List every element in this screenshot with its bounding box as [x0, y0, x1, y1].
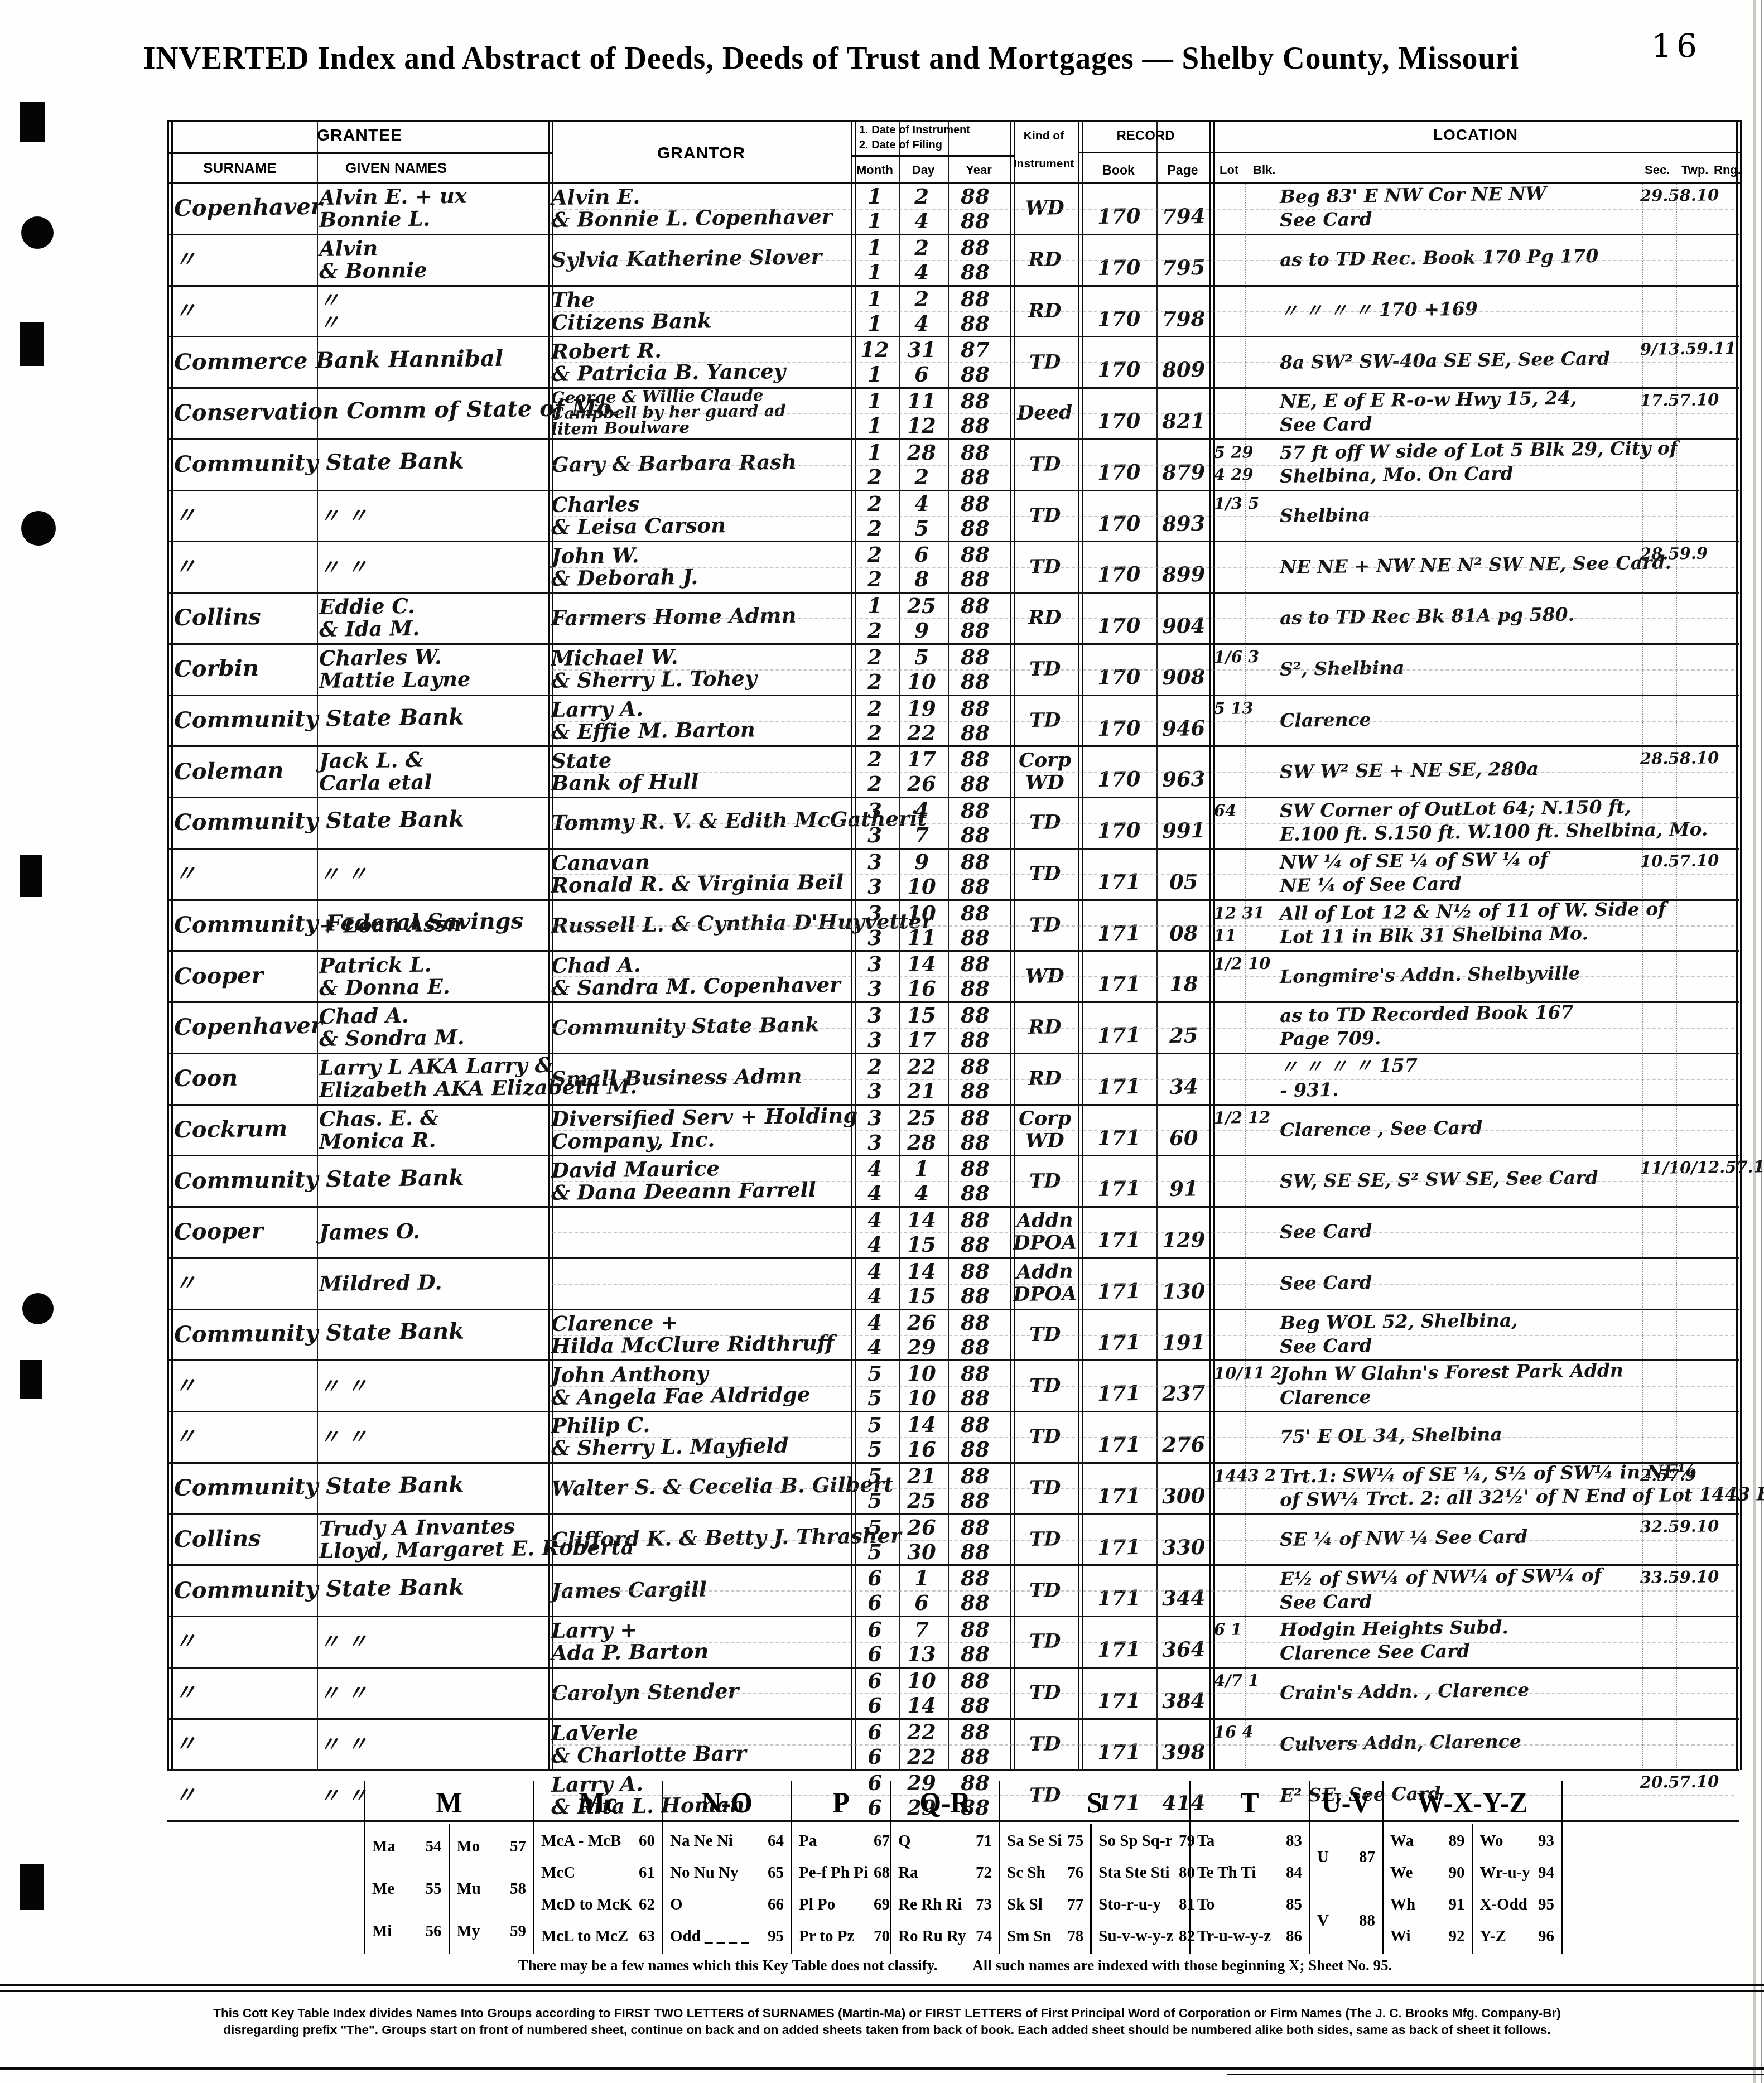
record-page: 893: [1158, 508, 1209, 539]
filing-day: 14: [897, 1694, 946, 1718]
record-page: 276: [1158, 1429, 1209, 1460]
ledger-row: Corbin Charles W.Mattie Layne Michael W.…: [167, 645, 1739, 696]
handwritten-text: 18: [1169, 972, 1198, 997]
handwritten-text: Culvers Addn, Clarence: [1280, 1728, 1637, 1756]
record-book: 171: [1083, 1685, 1155, 1716]
key-table-entry: McC61: [534, 1864, 662, 1882]
date-of-filing: 1 4 88: [852, 312, 1008, 336]
key-entry-range: Pr to Pz: [799, 1927, 854, 1946]
filing-year: 88: [946, 363, 1004, 387]
filing-year: 88: [946, 823, 1004, 848]
footer-line-1: This Cott Key Table Index divides Names …: [212, 2005, 1562, 2022]
row-midline: [552, 1028, 1734, 1029]
grantee-surname: Community State Bank: [174, 1566, 316, 1616]
key-entry-sheet-number: 90: [1449, 1864, 1465, 1882]
key-table-entry: Ma54: [365, 1838, 449, 1856]
instrument-month: 12: [852, 338, 897, 363]
instrument-year: 88: [946, 1669, 1004, 1694]
filing-month: 3: [852, 926, 897, 951]
handwritten-text: 170: [1097, 511, 1141, 536]
handwritten-text: 〃 〃: [319, 1628, 545, 1653]
instrument-month: 2: [852, 748, 897, 772]
col-header-date1: 1. Date of Instrument: [859, 124, 1010, 137]
ledger-row: Community State Bank Gary & Barbara Rash…: [167, 440, 1739, 491]
handwritten-text: Tommy R. V. & Edith McGatherit: [551, 808, 848, 834]
handwritten-text: & Donna E.: [319, 974, 545, 999]
col-header-given-names: GIVEN NAMES: [321, 160, 471, 177]
key-entry-range: Mo: [457, 1838, 480, 1856]
handwritten-text: 171: [1097, 1585, 1141, 1611]
grantee-surname: 〃: [174, 491, 316, 541]
ledger-row: Copenhaver Alvin E. + uxBonnie L. Alvin …: [167, 184, 1739, 235]
date-of-instrument: 6 1 88: [852, 1566, 1008, 1591]
key-table-columns: Na Ne Ni64No Nu Ny65O66Odd _ _ _ _95: [663, 1824, 791, 1954]
grantee-given-names: [319, 798, 545, 848]
grantee-surname: Collins: [174, 1515, 316, 1565]
row-midline: [552, 925, 1734, 927]
handwritten-text: as to TD Rec. Book 170 Pg 170: [1280, 244, 1637, 272]
date-of-instrument: 1 28 88: [852, 441, 1008, 465]
instrument-day: 25: [897, 594, 946, 619]
grantee-surname: 〃: [174, 542, 316, 592]
filing-day: 6: [897, 1591, 946, 1616]
instrument-year: 88: [946, 236, 1004, 261]
record-page: 330: [1158, 1532, 1209, 1563]
record-page: 879: [1158, 457, 1209, 488]
handwritten-text: Farmers Home Admn: [551, 604, 848, 629]
record-book: 170: [1083, 559, 1155, 590]
key-entry-range: Sa Se Si: [1007, 1832, 1062, 1850]
filing-day: 7: [897, 823, 946, 848]
row-midline: [552, 1744, 1734, 1746]
key-entry-range: Re Rh Ri: [898, 1896, 962, 1914]
grantee-given-names: Trudy A InvantesLloyd, Margaret E. Rober…: [319, 1515, 545, 1565]
filing-month: 3: [852, 875, 897, 899]
filing-month: 6: [852, 1642, 897, 1667]
instrument-month: 6: [852, 1618, 897, 1642]
key-table-entry: Re Rh Ri73: [891, 1896, 999, 1914]
key-table-entry: Na Ne Ni64: [663, 1832, 791, 1850]
filing-year: 88: [946, 261, 1004, 285]
instrument-year: 88: [946, 1260, 1004, 1284]
key-table-column: Q71Ra72Re Rh Ri73Ro Ru Ry74: [891, 1824, 999, 1954]
grantee-surname: 〃: [174, 1720, 316, 1769]
filing-year: 88: [946, 1182, 1004, 1206]
instrument-day: 19: [897, 697, 946, 721]
date-of-filing: 5 16 88: [852, 1438, 1008, 1462]
key-table-entry: Pa67: [792, 1832, 897, 1850]
grantee-given-names: 〃 〃: [319, 1361, 545, 1411]
row-midline: [552, 1181, 1734, 1182]
instrument-month: 6: [852, 1669, 897, 1694]
rule: [851, 155, 1014, 157]
handwritten-text: Clarence: [1280, 705, 1637, 732]
filing-day: 5: [897, 517, 946, 541]
key-entry-sheet-number: 88: [1359, 1912, 1375, 1930]
col-header-grantor: GRANTOR: [552, 144, 851, 163]
sec-twp-rng: [1640, 1005, 1735, 1030]
record-page: 237: [1158, 1378, 1209, 1409]
col-header-page: Page: [1155, 163, 1211, 178]
handwritten-text: 〃: [174, 1270, 316, 1295]
key-table-column: Wo93Wr-u-y94X-Odd95Y-Z96: [1472, 1824, 1561, 1954]
sec-twp-rng: [1640, 238, 1735, 262]
record-book: 171: [1083, 918, 1155, 949]
key-entry-sheet-number: 93: [1538, 1832, 1554, 1850]
handwritten-text: Cooper: [174, 1219, 316, 1244]
instrument-month: 4: [852, 1157, 897, 1182]
instrument-month: 2: [852, 1055, 897, 1079]
rule: [1740, 120, 1742, 1770]
filing-year: 88: [946, 619, 1004, 643]
key-entry-range: Ra: [898, 1864, 918, 1882]
filing-day: 25: [897, 1489, 946, 1513]
handwritten-text: SW W² SE + NE SE, 280a: [1280, 756, 1637, 784]
key-entry-range: Te Th Ti: [1197, 1864, 1256, 1882]
instrument-year: 88: [946, 1362, 1004, 1386]
record-page: 344: [1158, 1583, 1209, 1614]
sec-twp-rng: [1640, 1671, 1735, 1695]
filing-month: 5: [852, 1489, 897, 1513]
binder-mark: [20, 102, 45, 142]
grantee-given-names: [319, 389, 545, 438]
grantee-surname: Cooper: [174, 952, 316, 1001]
filing-month: 2: [852, 517, 897, 541]
filing-month: 4: [852, 1335, 897, 1360]
key-table-column: Ta83Te Th Ti84To85Tr-u-w-y-z86: [1191, 1824, 1309, 1954]
key-table-entry: Mu58: [450, 1880, 533, 1898]
key-table-entry: O66: [663, 1896, 791, 1914]
handwritten-text: 237: [1162, 1381, 1206, 1406]
instrument-year: 88: [946, 697, 1004, 721]
handwritten-text: 191: [1162, 1330, 1206, 1355]
grantee-surname: Collins: [174, 594, 316, 643]
instrument-month: 4: [852, 1311, 897, 1335]
handwritten-text: Addn: [1016, 1261, 1073, 1284]
key-table-group-label: W-X-Y-Z: [1384, 1780, 1561, 1825]
handwritten-text: Bonnie L.: [319, 206, 545, 231]
key-entry-range: So Sp Sq-r: [1098, 1832, 1172, 1850]
instrument-year: 88: [946, 952, 1004, 977]
instrument-year: 88: [946, 543, 1004, 567]
key-entry-sheet-number: 60: [639, 1832, 655, 1850]
record-book: 171: [1083, 1327, 1155, 1358]
key-table-entry: We90: [1384, 1864, 1472, 1882]
handwritten-text: 10/11 2: [1214, 1362, 1276, 1385]
filing-year: 88: [946, 1745, 1004, 1769]
ledger-row: Conservation Comm of State of Mo. George…: [167, 389, 1739, 440]
instrument-year: 88: [946, 1311, 1004, 1335]
grantee-given-names: 〃 〃: [319, 542, 545, 592]
record-page: 191: [1158, 1327, 1209, 1358]
handwritten-text: 879: [1162, 460, 1206, 485]
filing-year: 88: [946, 1386, 1004, 1411]
key-table-entry: Ra72: [891, 1864, 999, 1882]
grantee-surname: 〃: [174, 1669, 316, 1718]
key-entry-sheet-number: 77: [1067, 1896, 1083, 1914]
sec-twp-rng: [1640, 1363, 1735, 1388]
handwritten-text: 29.58.10: [1640, 185, 1735, 205]
handwritten-text: 170: [1097, 766, 1141, 792]
handwritten-text: 91: [1169, 1176, 1198, 1202]
key-table-column: McA - McB60McC61McD to McK62McL to McZ63: [534, 1824, 662, 1954]
handwritten-text: Clarence , See Card: [1280, 1114, 1637, 1142]
key-entry-sheet-number: 85: [1286, 1896, 1302, 1914]
row-midline: [552, 823, 1734, 824]
key-table-column: Sa Se Si75Sc Sh76Sk Sl77Sm Sn78: [1000, 1824, 1090, 1954]
date-of-filing: 6 22 88: [852, 1745, 1008, 1769]
grantee-given-names: [319, 1566, 545, 1616]
handwritten-text: John W.: [551, 541, 848, 567]
date-of-filing: 5 10 88: [852, 1386, 1008, 1411]
filing-year: 88: [946, 926, 1004, 951]
date-of-filing: 1 4 88: [852, 209, 1008, 234]
instrument-day: 14: [897, 1260, 946, 1284]
instrument-year: 88: [946, 1566, 1004, 1591]
key-table-entry: Mi56: [365, 1922, 449, 1941]
col-header-sec: Sec.: [1645, 163, 1670, 177]
key-table-entry: Sm Sn78: [1000, 1927, 1090, 1946]
filing-year: 88: [946, 1028, 1004, 1053]
handwritten-text: 75' E OL 34, Shelbina: [1280, 1421, 1637, 1449]
rule: [1227, 2074, 1764, 2075]
handwritten-text: Community State Bank: [551, 1013, 848, 1039]
row-midline: [552, 874, 1734, 875]
handwritten-text: 〃: [174, 554, 316, 579]
handwritten-text: Jack L. &: [319, 747, 545, 772]
handwritten-text: The: [551, 285, 848, 311]
key-entry-sheet-number: 65: [768, 1864, 784, 1882]
rule: [0, 2067, 1764, 2070]
handwritten-text: 4 29: [1214, 462, 1276, 485]
filing-month: 1: [852, 363, 897, 387]
key-entry-range: Ro Ru Ry: [898, 1927, 966, 1946]
ledger-row: 〃 Alvin& Bonnie Sylvia Katherine Slover …: [167, 235, 1739, 287]
key-table-entry: My59: [450, 1922, 533, 1941]
handwritten-text: Corp: [1019, 1107, 1072, 1130]
binder-mark: [21, 511, 56, 546]
handwritten-text: 170: [1097, 818, 1141, 843]
filing-day: 21: [897, 1079, 946, 1104]
instrument-day: 15: [897, 1004, 946, 1028]
handwritten-text: Lloyd, Margaret E. Roberta: [319, 1537, 545, 1562]
date-of-instrument: 2 5 88: [852, 645, 1008, 670]
grantee-given-names: [319, 1310, 545, 1360]
rule: [0, 1984, 1764, 1986]
date-of-instrument: 1 2 88: [852, 185, 1008, 209]
key-entry-range: Sta Ste Sti: [1098, 1864, 1169, 1882]
row-midline: [552, 1130, 1734, 1131]
key-entry-sheet-number: 95: [768, 1927, 784, 1946]
key-table-entry: Su-v-w-y-z82: [1092, 1927, 1202, 1946]
handwritten-text: 904: [1162, 613, 1206, 638]
handwritten-text: 171: [1097, 1432, 1141, 1457]
row-midline: [552, 516, 1734, 517]
instrument-month: 5: [852, 1413, 897, 1438]
filing-year: 88: [946, 1540, 1004, 1565]
handwritten-text: Mattie Layne: [319, 667, 545, 692]
sec-twp-rng: 29.58.10: [1640, 186, 1735, 211]
ledger-row: 〃 Mildred D. 4 14 88 4 15 88 AddnDPOA 17…: [167, 1259, 1739, 1310]
filing-year: 88: [946, 1694, 1004, 1718]
key-entry-range: McA - McB: [541, 1832, 621, 1850]
handwritten-text: Russell L. & Cynthia D'Huyvetter: [551, 910, 848, 936]
key-entry-range: Sm Sn: [1007, 1927, 1052, 1946]
key-table-entry: X-Odd95: [1473, 1896, 1561, 1914]
col-header-kind2: Instrument: [1010, 157, 1078, 171]
col-header-location: LOCATION: [1209, 126, 1742, 144]
date-of-filing: 1 4 88: [852, 261, 1008, 285]
instrument-month: 6: [852, 1566, 897, 1591]
row-midline: [552, 413, 1734, 414]
sec-twp-rng: [1640, 442, 1735, 467]
key-entry-sheet-number: 91: [1449, 1896, 1465, 1914]
key-table-entry: Sto-r-u-y81: [1092, 1896, 1202, 1914]
handwritten-text: Larry +: [551, 1616, 848, 1642]
sec-twp-rng: 28.59.9: [1640, 544, 1735, 569]
handwritten-text: Alvin E. + ux: [319, 184, 545, 209]
key-entry-range: Sto-r-u-y: [1098, 1896, 1161, 1914]
key-entry-sheet-number: 96: [1538, 1927, 1554, 1946]
handwritten-text: Carolyn Stender: [551, 1679, 848, 1704]
handwritten-text: Community State Bank: [174, 1322, 316, 1347]
date-of-instrument: 2 6 88: [852, 543, 1008, 567]
record-page: 60: [1158, 1122, 1209, 1154]
handwritten-text: 344: [1162, 1585, 1206, 1611]
key-table-entry: Wa89: [1384, 1832, 1472, 1850]
handwritten-text: Corp: [1019, 749, 1072, 772]
key-table-columns: Wa89We90Wh91Wi92Wo93Wr-u-y94X-Odd95Y-Z96: [1384, 1824, 1561, 1954]
row-midline: [552, 1590, 1734, 1592]
key-entry-range: Pe-f Ph Pi: [799, 1864, 868, 1882]
record-page: 130: [1158, 1276, 1209, 1307]
ledger-row: 〃 〃 〃 John W.& Deborah J. 2 6 88 2 8 88 …: [167, 542, 1739, 594]
key-entry-sheet-number: 72: [976, 1864, 992, 1882]
key-table-entry: McD to McK62: [534, 1896, 662, 1914]
filing-day: 17: [897, 1028, 946, 1053]
handwritten-text: See Card: [1280, 1217, 1637, 1245]
instrument-year: 88: [946, 645, 1004, 670]
date-of-instrument: 1 2 88: [852, 287, 1008, 312]
handwritten-text: 171: [1097, 1227, 1141, 1252]
handwritten-text: SE ¼ of NW ¼ See Card: [1280, 1523, 1637, 1551]
handwritten-text: James Cargill: [551, 1576, 848, 1602]
handwritten-text: 64: [1214, 799, 1276, 822]
binder-mark: [20, 1864, 44, 1910]
instrument-year: 88: [946, 1516, 1004, 1540]
handwritten-text: 170: [1097, 716, 1141, 741]
filing-month: 1: [852, 209, 897, 234]
key-entry-range: Mi: [372, 1922, 392, 1941]
filing-month: 6: [852, 1694, 897, 1718]
instrument-month: 5: [852, 1362, 897, 1386]
ledger-row: Community State Bank James Cargill 6 1 8…: [167, 1566, 1739, 1617]
instrument-year: 88: [946, 441, 1004, 465]
instrument-day: 17: [897, 748, 946, 772]
handwritten-text: 171: [1097, 1330, 1141, 1355]
key-table-group-t: TTa83Te Th Ti84To85Tr-u-w-y-z86: [1189, 1781, 1309, 1954]
key-table-group-q-r: Q-RQ71Ra72Re Rh Ri73Ro Ru Ry74: [890, 1781, 999, 1954]
grantee-given-names: [319, 1156, 545, 1206]
grantee-surname: Community State Bank: [174, 1156, 316, 1206]
handwritten-text: & Bonnie: [319, 257, 545, 282]
key-table-entry: Odd _ _ _ _95: [663, 1927, 791, 1946]
handwritten-text: 〃 〃: [319, 502, 545, 527]
col-header-kind1: Kind of: [1010, 129, 1078, 143]
handwritten-text: 171: [1097, 1535, 1141, 1560]
handwritten-text: Community State Bank: [174, 1168, 316, 1193]
handwritten-text: 908: [1162, 664, 1206, 689]
handwritten-text: 8a SW² SW-40a SE SE, See Card: [1280, 346, 1637, 374]
instrument-day: 31: [897, 338, 946, 363]
key-entry-range: Wr-u-y: [1480, 1864, 1530, 1882]
handwritten-text: 1/2 12: [1214, 1106, 1276, 1129]
handwritten-text: 28.58.10: [1640, 748, 1735, 768]
date-of-instrument: 4 26 88: [852, 1311, 1008, 1335]
filing-day: 2: [897, 465, 946, 490]
row-midline: [552, 1232, 1734, 1233]
handwritten-text: as to TD Rec Bk 81A pg 580.: [1280, 602, 1637, 630]
handwritten-text: Community State Bank: [174, 451, 316, 476]
binder-mark: [20, 322, 44, 366]
ledger-row: Community State Bank David Maurice& Dana…: [167, 1156, 1739, 1208]
date-of-filing: 2 9 88: [852, 619, 1008, 643]
ledger-row: Coon Larry L AKA Larry &Elizabeth AKA El…: [167, 1054, 1739, 1106]
record-page: 08: [1158, 918, 1209, 949]
grantee-surname: Conservation Comm of State of Mo.: [174, 389, 316, 438]
handwritten-text: + Loan Assn: [319, 912, 545, 937]
key-table-column: U87V88: [1310, 1824, 1382, 1954]
key-entry-range: V: [1317, 1912, 1329, 1930]
key-table-entry: Sta Ste Sti80: [1092, 1864, 1202, 1882]
handwritten-text: 171: [1097, 1074, 1141, 1099]
date-of-filing: 6 13 88: [852, 1642, 1008, 1667]
handwritten-text: Robert R.: [551, 336, 848, 362]
key-entry-range: To: [1197, 1896, 1214, 1914]
record-page: 384: [1158, 1685, 1209, 1716]
handwritten-text: Conservation Comm of State of Mo.: [174, 400, 316, 425]
row-midline: [552, 669, 1734, 671]
instrument-day: 2: [897, 236, 946, 261]
record-book: 170: [1083, 815, 1155, 846]
handwritten-text: 〃: [174, 1424, 316, 1449]
filing-day: 10: [897, 670, 946, 695]
record-page: 18: [1158, 968, 1209, 1000]
sec-twp-rng: 28.58.10: [1640, 749, 1735, 774]
handwritten-text: 963: [1162, 766, 1206, 792]
row-midline: [552, 209, 1734, 210]
record-book: 171: [1083, 1429, 1155, 1460]
col-header-month: Month: [851, 163, 899, 177]
instrument-day: 22: [897, 1720, 946, 1745]
sec-twp-rng: 20.57.10: [1640, 1773, 1735, 1797]
key-entry-sheet-number: 61: [639, 1864, 655, 1882]
instrument-month: 5: [852, 1516, 897, 1540]
handwritten-text: Eddie C.: [319, 593, 545, 618]
key-entry-sheet-number: 78: [1067, 1927, 1083, 1946]
handwritten-text: 170: [1097, 562, 1141, 587]
handwritten-text: Commerce Bank Hannibal: [174, 349, 316, 374]
handwritten-text: Collins: [174, 1526, 316, 1551]
filing-day: 16: [897, 977, 946, 1001]
ledger-row: 〃 〃 〃 John Anthony& Angela Fae Aldridge …: [167, 1361, 1739, 1412]
instrument-month: 1: [852, 236, 897, 261]
ledger-row: Cockrum Chas. E. &Monica R. Diversified …: [167, 1106, 1739, 1157]
handwritten-text: 809: [1162, 357, 1206, 382]
filing-month: 6: [852, 1591, 897, 1616]
row-midline: [552, 1540, 1734, 1541]
handwritten-text: 171: [1097, 920, 1141, 946]
